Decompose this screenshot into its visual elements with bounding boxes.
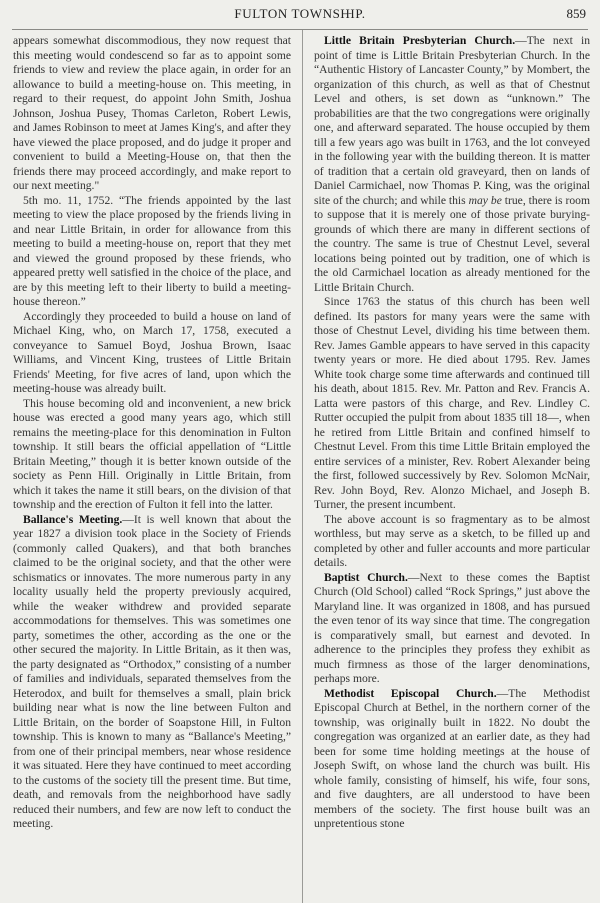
- section-methodist-church: Methodist Episcopal Church.—The Methodis…: [314, 687, 590, 832]
- section-heading: Methodist Episcopal Church.: [324, 687, 497, 700]
- left-column: appears somewhat discommodious, they now…: [13, 34, 291, 832]
- section-baptist-church: Baptist Church.—Next to these comes the …: [314, 571, 590, 687]
- section-presbyterian-church: Little Britain Presbyterian Church.—The …: [314, 34, 590, 295]
- header-rule: [12, 29, 588, 30]
- paragraph: appears somewhat discommodious, they now…: [13, 34, 291, 194]
- right-column: Little Britain Presbyterian Church.—The …: [314, 34, 590, 832]
- section-heading: Baptist Church.: [324, 571, 408, 584]
- page-number: 859: [567, 6, 587, 22]
- header-separator: -: [348, 6, 352, 20]
- document-page: FULTON TOWNSHIP. - 859 appears somewhat …: [0, 0, 600, 903]
- paragraph: The above account is so fragmentary as t…: [314, 513, 590, 571]
- paragraph: Since 1763 the status of this church has…: [314, 295, 590, 513]
- italic-phrase: may be: [469, 194, 502, 207]
- section-heading: Ballance's Meeting.: [23, 513, 122, 526]
- paragraph: This house becoming old and inconvenient…: [13, 397, 291, 513]
- page-title: FULTON TOWNSHIP.: [0, 6, 600, 22]
- paragraph: Accordingly they proceeded to build a ho…: [13, 310, 291, 397]
- column-divider: [302, 30, 303, 903]
- section-ballances-meeting: Ballance's Meeting.—It is well known tha…: [13, 513, 291, 832]
- running-header: FULTON TOWNSHIP. - 859: [0, 4, 600, 24]
- section-heading: Little Britain Presbyterian Church.: [324, 34, 515, 47]
- paragraph: 5th mo. 11, 1752. “The friends appointed…: [13, 194, 291, 310]
